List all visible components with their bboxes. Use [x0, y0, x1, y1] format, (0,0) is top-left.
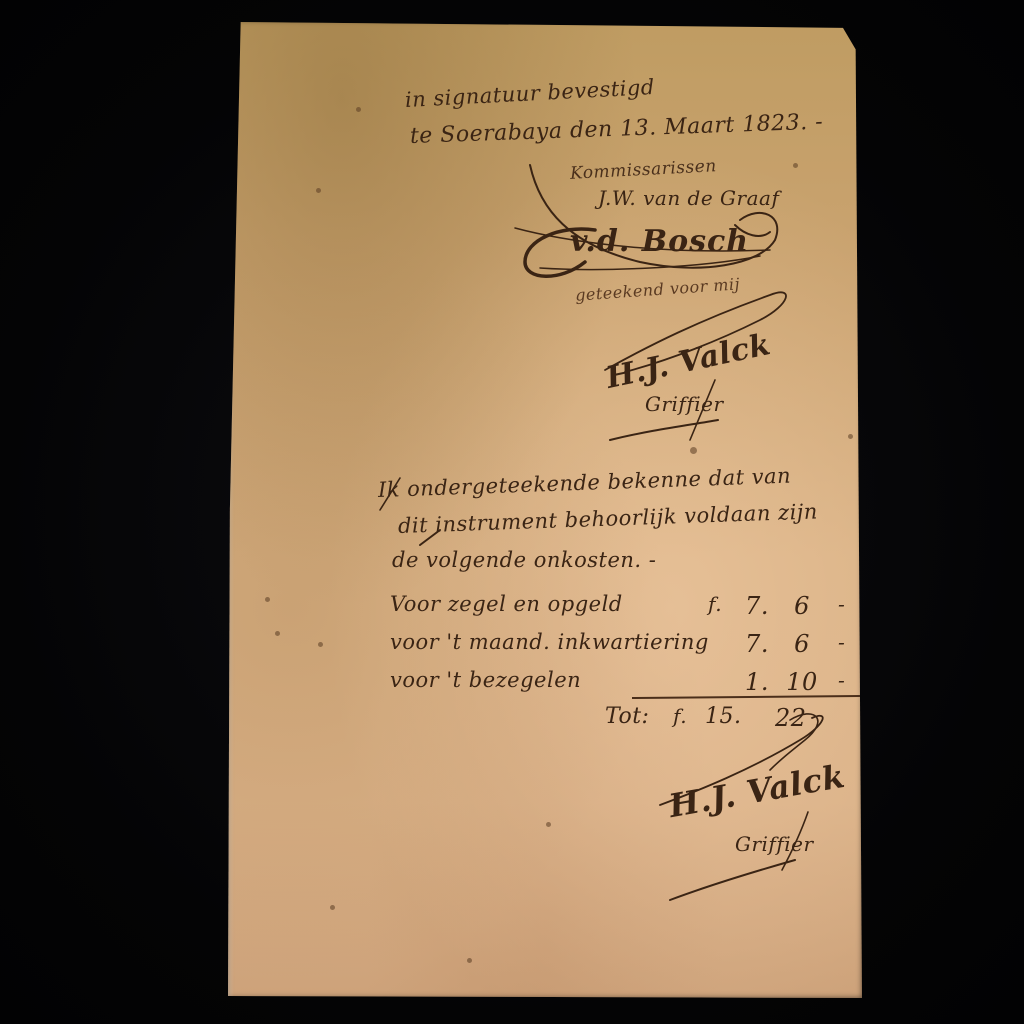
total-label: Tot:: [605, 704, 649, 729]
foxing-spot: [690, 447, 697, 454]
cost-row: Voor zegel en opgeld f. 7. 6 -: [390, 592, 860, 622]
foxing-spot: [265, 597, 270, 602]
foxing-spot: [356, 107, 361, 112]
commissioner-signature-surname: v.d. Bosch: [570, 224, 749, 259]
cost-stuivers: 10: [782, 668, 822, 696]
cost-currency: f.: [708, 592, 722, 616]
cost-dash: -: [838, 592, 845, 616]
cost-label: voor 't maand. inkwartiering: [390, 630, 709, 654]
foxing-spot: [793, 163, 798, 168]
cost-stuivers: 6: [782, 630, 822, 658]
foxing-spot: [467, 958, 472, 963]
foxing-spot: [318, 642, 323, 647]
cost-dash: -: [838, 630, 845, 654]
commissioner-signature-name: J.W. van de Graaf: [598, 186, 779, 210]
cost-dash: -: [838, 668, 845, 692]
foxing-spot: [330, 905, 335, 910]
total-stuivers: 22: [775, 704, 807, 732]
cost-row: voor 't maand. inkwartiering 7. 6 -: [390, 630, 860, 660]
cost-row: voor 't bezegelen 1. 10 -: [390, 668, 860, 698]
foxing-spot: [275, 631, 280, 636]
foxing-spot: [848, 434, 853, 439]
griffier-title-2: Griffier: [735, 832, 814, 856]
cost-guilders: 1.: [742, 668, 772, 696]
total-currency: f.: [673, 704, 687, 728]
foxing-spot: [546, 822, 551, 827]
statement-line-3: de volgende onkosten. -: [392, 548, 656, 572]
cost-guilders: 7.: [742, 630, 772, 658]
cost-stuivers: 6: [782, 592, 822, 620]
cost-label: voor 't bezegelen: [390, 668, 581, 692]
cost-guilders: 7.: [742, 592, 772, 620]
foxing-spot: [316, 188, 321, 193]
cost-total: Tot: f. 15. 22: [605, 704, 855, 738]
griffier-title-1: Griffier: [645, 392, 724, 416]
total-guilders: 15.: [705, 704, 742, 729]
cost-label: Voor zegel en opgeld: [390, 592, 623, 616]
